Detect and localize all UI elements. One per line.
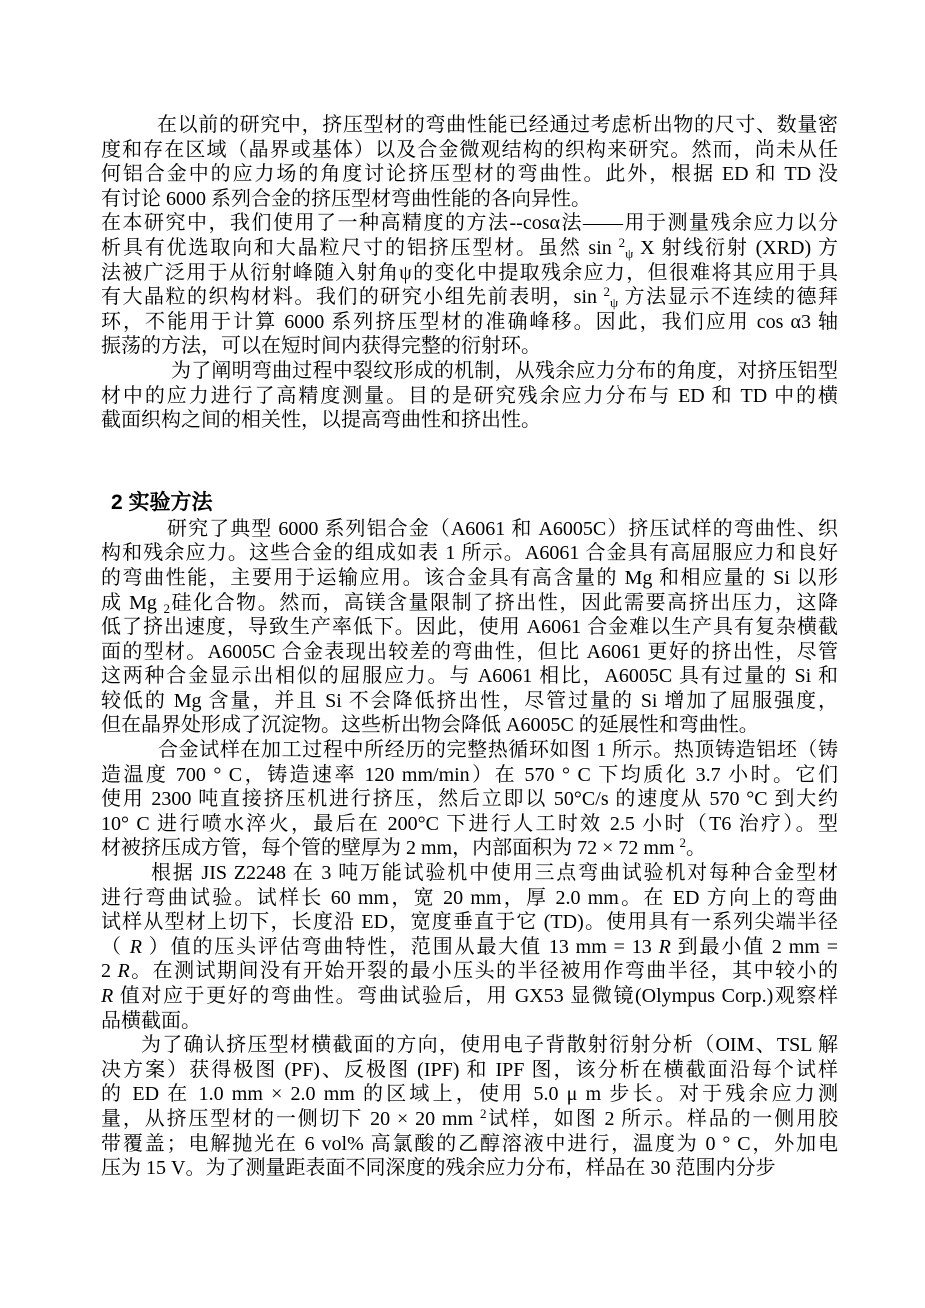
text-run: 面的型材。A6005C 合金表现出较差的弯曲性，但比 A6061 更好的挤出性，… [101,641,838,663]
text-run: 振荡的方法，可以在短时间内获得完整的衍射环。 [101,335,541,357]
paragraph-7: 为了确认挤压型材横截面的方向，使用电子背散射衍射分析（OIM、TSL 解决方案）… [101,1033,838,1181]
paragraph-2: 在本研究中，我们使用了一种高精度的方法--cosα法——用于测量残余应力以分析具… [101,211,838,359]
paragraph-3-line-3: 截面织构之间的相关性，以提高弯曲性和挤出性。 [101,408,838,433]
paragraph-4: 研究了典型 6000 系列铝合金（A6061 和 A6005C）挤压试样的弯曲性… [101,517,838,738]
text-run: R [117,960,129,982]
text-run: 根据 JIS Z2248 在 3 吨万能试验机中使用三点弯曲试验机对每种合金型材 [151,862,838,884]
text-run: 析具有优选取向和大晶粒尺寸的铝挤压型材。虽然 sin [101,237,619,259]
text-run: X 射线衍射 (XRD) 方 [633,237,838,259]
text-run: 决方案）获得极图 (PF)、反极图 (IPF) 和 IPF 图，该分析在横截面沿… [101,1059,838,1081]
paragraph-6-line-6: R 值对应于更好的弯曲性。弯曲试验后，用 GX53 显微镜(Olympus Co… [101,984,838,1009]
text-run: 进行弯曲试验。试样长 60 mm，宽 20 mm，厚 2.0 mm。在 ED 方… [101,887,838,909]
paragraph-4-line-7: 这两种合金显示出相似的屈服应力。与 A6061 相比，A6005C 具有过量的 … [101,664,838,689]
paragraph-2-line-3: 法被广泛用于从衍射峰随入射角ψ的变化中提取残余应力，但很难将其应用于具 [101,261,838,286]
paragraph-7-line-5: 带覆盖；电解抛光在 6 vol% 高氯酸的乙醇溶液中进行，温度为 0 ° C，外… [101,1132,838,1157]
paragraph-1: 在以前的研究中，挤压型材的弯曲性能已经通过考虑析出物的尺寸、数量密度和存在区域（… [101,113,838,211]
text-run: 这两种合金显示出相似的屈服应力。与 A6061 相比，A6005C 具有过量的 … [101,665,838,687]
text-run: R [130,936,142,958]
text-run: 材中的应力进行了高精度测量。目的是研究残余应力分布与 ED 和 TD 中的横 [101,385,838,407]
paragraph-2-line-6: 振荡的方法，可以在短时间内获得完整的衍射环。 [101,334,838,359]
paragraph-1-line-3: 何铝合金中的应力场的角度讨论挤压型材的弯曲性。此外，根据 ED 和 TD 没 [101,162,838,187]
paragraph-2-line-4: 有大晶粒的织构材料。我们的研究小组先前表明，sin 2ψ 方法显示不连续的德拜 [101,285,838,310]
paragraph-6-line-5: 2 R。在测试期间没有开始开裂的最小压头的半径被用作弯曲半径，其中较小的 [101,959,838,984]
paragraph-2-line-2: 析具有优选取向和大晶粒尺寸的铝挤压型材。虽然 sin 2ψ X 射线衍射 (XR… [101,236,838,261]
paragraph-4-line-9: 但在晶界处形成了沉淀物。这些析出物会降低 A6005C 的延展性和弯曲性。 [101,713,838,738]
paragraph-6-line-2: 进行弯曲试验。试样长 60 mm，宽 20 mm，厚 2.0 mm。在 ED 方… [101,886,838,911]
paragraph-6-line-1: 根据 JIS Z2248 在 3 吨万能试验机中使用三点弯曲试验机对每种合金型材 [101,861,838,886]
text-run: 试样，如图 2 所示。样品的一侧用胶 [486,1108,838,1130]
paragraph-5-line-4: 10° C 进行喷水淬火，最后在 200°C 下进行人工时效 2.5 小时（T6… [101,812,838,837]
paragraph-4-line-5: 低了挤出速度，导致生产率低下。因此，使用 A6061 合金难以生产具有复杂横截 [101,615,838,640]
text-run: 为了阐明弯曲过程中裂纹形成的机制，从残余应力分布的角度，对挤压铝型 [171,360,838,382]
text-run: 硅化合物。然而，高镁含量限制了挤出性，因此需要高挤出压力，这降 [170,592,838,614]
paragraph-3-line-1: 为了阐明弯曲过程中裂纹形成的机制，从残余应力分布的角度，对挤压铝型 [101,359,838,384]
text-run: 压为 15 V。为了测量距表面不同深度的残余应力分布，样品在 30 范围内分步 [101,1157,775,1179]
text-run: 度和存在区域（晶界或基体）以及合金微观结构的织构来研究。然而，尚未从任 [101,139,838,161]
paragraph-4-line-1: 研究了典型 6000 系列铝合金（A6061 和 A6005C）挤压试样的弯曲性… [101,517,838,542]
paragraph-6-line-7: 品横截面。 [101,1009,838,1034]
text-run: 低了挤出速度，导致生产率低下。因此，使用 A6061 合金难以生产具有复杂横截 [101,616,838,638]
paragraph-5-line-1: 合金试样在加工过程中所经历的完整热循环如图 1 所示。热顶铸造铝坯（铸 [101,738,838,763]
text-run: 的弯曲性能，主要用于运输应用。该合金具有高含量的 Mg 和相应量的 Si 以形 [101,567,838,589]
text-run: 的 ED 在 1.0 mm × 2.0 mm 的区域上，使用 5.0 μ m 步… [101,1083,838,1105]
text-run: 到最小值 2 mm = [671,936,838,958]
text-run: ψ [610,295,618,310]
paragraph-5-line-2: 造温度 700 ° C，铸造速率 120 mm/min）在 570 ° C 下均… [101,763,838,788]
text-run: 使用 2300 吨直接挤压机进行挤压，然后立即以 50°C/s 的速度从 570… [101,788,838,810]
paragraph-3: 为了阐明弯曲过程中裂纹形成的机制，从残余应力分布的角度，对挤压铝型材中的应力进行… [101,359,838,433]
text-run: 环，不能用于计算 6000 系列挤压型材的准确峰移。因此，我们应用 cos α3… [101,311,838,333]
paragraph-5-line-5: 材被挤压成方管，每个管的壁厚为 2 mm，内部面积为 72 × 72 mm 2。 [101,836,838,861]
text-run: 为了确认挤压型材横截面的方向，使用电子背散射衍射分析（OIM、TSL 解 [141,1034,838,1056]
text-run: 2 [101,960,117,982]
document-page: 在以前的研究中，挤压型材的弯曲性能已经通过考虑析出物的尺寸、数量密度和存在区域（… [0,0,925,1308]
paragraph-7-line-3: 的 ED 在 1.0 mm × 2.0 mm 的区域上，使用 5.0 μ m 步… [101,1082,838,1107]
text-run: 。在测试期间没有开始开裂的最小压头的半径被用作弯曲半径，其中较小的 [130,960,838,982]
text-run: 法被广泛用于从衍射峰随入射角ψ的变化中提取残余应力，但很难将其应用于具 [101,262,838,284]
paragraph-7-line-2: 决方案）获得极图 (PF)、反极图 (IPF) 和 IPF 图，该分析在横截面沿… [101,1058,838,1083]
text-run: 造温度 700 ° C，铸造速率 120 mm/min）在 570 ° C 下均… [101,764,838,786]
text-run: 研究了典型 6000 系列铝合金（A6061 和 A6005C）挤压试样的弯曲性… [167,518,838,540]
paragraph-1-line-4: 有讨论 6000 系列合金的挤压型材弯曲性能的各向异性。 [101,187,838,212]
paragraph-7-line-6: 压为 15 V。为了测量距表面不同深度的残余应力分布，样品在 30 范围内分步 [101,1156,838,1181]
paragraph-7-line-1: 为了确认挤压型材横截面的方向，使用电子背散射衍射分析（OIM、TSL 解 [101,1033,838,1058]
text-run: 何铝合金中的应力场的角度讨论挤压型材的弯曲性。此外，根据 ED 和 TD 没 [101,163,838,185]
paragraph-1-line-1: 在以前的研究中，挤压型材的弯曲性能已经通过考虑析出物的尺寸、数量密 [101,113,838,138]
paragraph-1-line-2: 度和存在区域（晶界或基体）以及合金微观结构的织构来研究。然而，尚未从任 [101,138,838,163]
text-run: 截面织构之间的相关性，以提高弯曲性和挤出性。 [101,409,541,431]
text-run: 合金试样在加工过程中所经历的完整热循环如图 1 所示。热顶铸造铝坯（铸 [158,739,838,761]
paragraph-5-line-3: 使用 2300 吨直接挤压机进行挤压，然后立即以 50°C/s 的速度从 570… [101,787,838,812]
text-run: 。 [686,837,706,859]
text-run: 值对应于更好的弯曲性。弯曲试验后，用 GX53 显微镜(Olympus Corp… [113,985,838,1007]
paragraph-4-line-2: 构和残余应力。这些合金的组成如表 1 所示。A6061 合金具有高屈服应力和良好 [101,541,838,566]
text-run: 10° C 进行喷水淬火，最后在 200°C 下进行人工时效 2.5 小时（T6… [101,813,838,835]
text-run: R [101,985,113,1007]
document-body: 在以前的研究中，挤压型材的弯曲性能已经通过考虑析出物的尺寸、数量密度和存在区域（… [101,113,838,1181]
text-run: 较低的 Mg 含量，并且 Si 不会降低挤出性，尽管过量的 Si 增加了屈服强度… [101,690,838,712]
text-run: （ [101,936,130,958]
paragraph-4-line-4: 成 Mg 2硅化合物。然而，高镁含量限制了挤出性，因此需要高挤出压力，这降 [101,591,838,616]
text-run: 但在晶界处形成了沉淀物。这些析出物会降低 A6005C 的延展性和弯曲性。 [101,714,759,736]
paragraph-4-line-8: 较低的 Mg 含量，并且 Si 不会降低挤出性，尽管过量的 Si 增加了屈服强度… [101,689,838,714]
text-run: 试样从型材上切下，长度沿 ED，宽度垂直于它 (TD)。使用具有一系列尖端半径 [101,911,838,933]
text-run: 方法显示不连续的德拜 [618,286,838,308]
paragraph-6: 根据 JIS Z2248 在 3 吨万能试验机中使用三点弯曲试验机对每种合金型材… [101,861,838,1033]
text-run: 量，从挤压型材的一侧切下 20 × 20 mm [101,1108,480,1130]
paragraph-2-line-1: 在本研究中，我们使用了一种高精度的方法--cosα法——用于测量残余应力以分 [101,211,838,236]
text-run: 构和残余应力。这些合金的组成如表 1 所示。A6061 合金具有高屈服应力和良好 [101,542,838,564]
paragraph-7-line-4: 量，从挤压型材的一侧切下 20 × 20 mm 2试样，如图 2 所示。样品的一… [101,1107,838,1132]
text-run: 品横截面。 [101,1010,201,1032]
paragraph-2-line-5: 环，不能用于计算 6000 系列挤压型材的准确峰移。因此，我们应用 cos α3… [101,310,838,335]
text-run: 有大晶粒的织构材料。我们的研究小组先前表明，sin [101,286,604,308]
text-run: 在以前的研究中，挤压型材的弯曲性能已经通过考虑析出物的尺寸、数量密 [157,114,838,136]
paragraph-5: 合金试样在加工过程中所经历的完整热循环如图 1 所示。热顶铸造铝坯（铸造温度 7… [101,738,838,861]
section-heading: 2 实验方法 [111,489,838,517]
text-run: 材被挤压成方管，每个管的壁厚为 2 mm，内部面积为 72 × 72 mm [101,837,680,859]
paragraph-3-line-2: 材中的应力进行了高精度测量。目的是研究残余应力分布与 ED 和 TD 中的横 [101,384,838,409]
text-run: ）值的压头评估弯曲特性，范围从最大值 13 mm = 13 [142,936,659,958]
text-run: 带覆盖；电解抛光在 6 vol% 高氯酸的乙醇溶液中进行，温度为 0 ° C，外… [101,1133,838,1155]
paragraph-6-line-4: （ R ）值的压头评估弯曲特性，范围从最大值 13 mm = 13 R 到最小值… [101,935,838,960]
text-run: R [659,936,671,958]
paragraph-4-line-6: 面的型材。A6005C 合金表现出较差的弯曲性，但比 A6061 更好的挤出性，… [101,640,838,665]
text-run: 有讨论 6000 系列合金的挤压型材弯曲性能的各向异性。 [101,188,591,210]
paragraph-6-line-3: 试样从型材上切下，长度沿 ED，宽度垂直于它 (TD)。使用具有一系列尖端半径 [101,910,838,935]
paragraph-4-line-3: 的弯曲性能，主要用于运输应用。该合金具有高含量的 Mg 和相应量的 Si 以形 [101,566,838,591]
text-run: 在本研究中，我们使用了一种高精度的方法--cosα法——用于测量残余应力以分 [101,212,838,234]
text-run: 成 Mg [101,592,163,614]
